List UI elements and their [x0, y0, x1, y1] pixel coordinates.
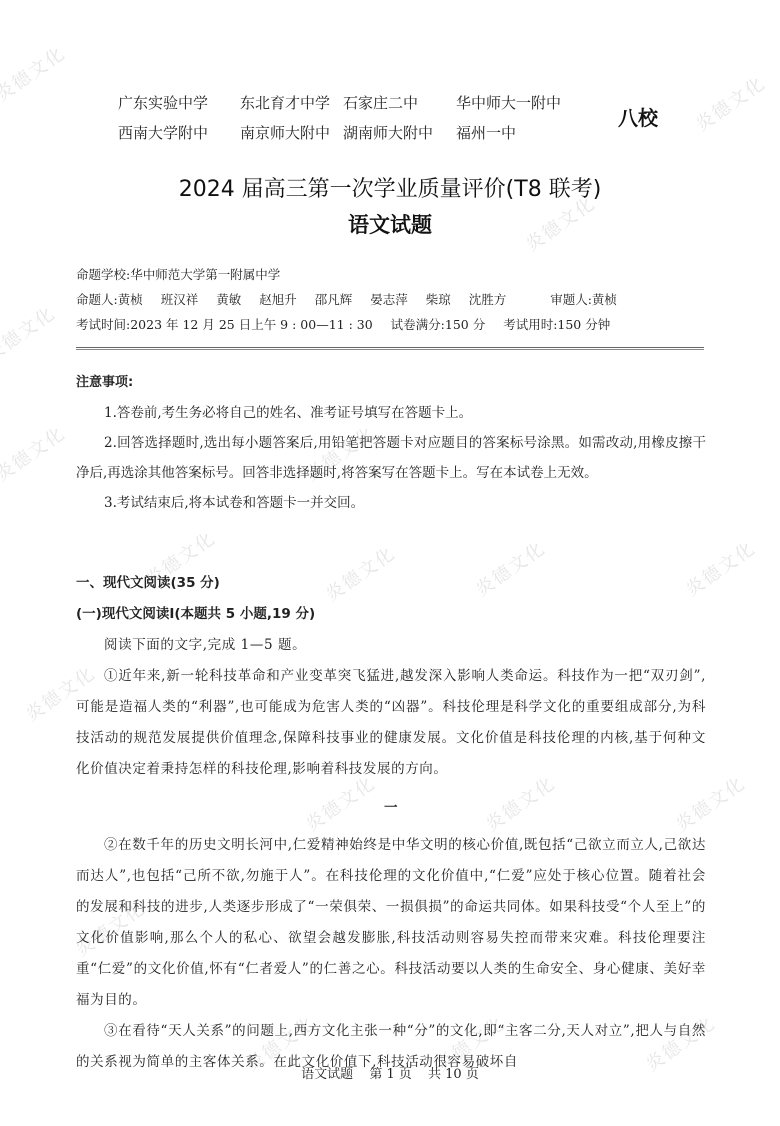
reviewer: 审题人:黄桢: [550, 292, 617, 307]
instructions-heading: 注意事项:: [76, 368, 706, 398]
school-row-2: 西南大学附中 南京师大附中 湖南师大附中 福州一中: [118, 118, 561, 148]
footer-total: 共 10 页: [428, 1067, 479, 1082]
author-name: 黄桢: [118, 292, 143, 307]
footer-subject: 语文试题: [301, 1067, 353, 1082]
author-name: 黄敏: [216, 292, 241, 307]
watermark: 炎德文化: [690, 69, 770, 136]
school-name: 东北育才中学: [240, 88, 343, 118]
school-list: 广东实验中学 东北育才中学 石家庄二中 华中师大一附中 西南大学附中 南京师大附…: [118, 88, 561, 148]
school-name: 华中师大一附中: [456, 88, 561, 118]
subsection-heading: (一)现代文阅读Ⅰ(本题共 5 小题,19 分): [76, 599, 706, 630]
school-name: 南京师大附中: [240, 118, 343, 148]
school-name: 福州一中: [456, 118, 516, 148]
footer-page: 第 1 页: [369, 1067, 412, 1082]
authors-label: 命题人:黄桢: [76, 292, 157, 307]
passage-paragraph-1: ①近年来,新一轮科技革命和产业变革突飞猛进,越发深入影响人类命运。科技作为一把“…: [76, 661, 706, 785]
exam-title: 2024 届高三第一次学业质量评价(T8 联考): [0, 172, 780, 203]
author-name: 邵凡辉: [315, 292, 353, 307]
school-name: 湖南师大附中: [343, 118, 456, 148]
page-footer: 语文试题 第 1 页 共 10 页: [0, 1063, 780, 1082]
instruction-item: 3.考试结束后,将本试卷和答题卡一并交回。: [76, 488, 706, 518]
reading-section: 一、现代文阅读(35 分) (一)现代文阅读Ⅰ(本题共 5 小题,19 分) 阅…: [76, 568, 706, 1078]
part-marker: 一: [76, 793, 706, 824]
passage-paragraph-2: ②在数千年的历史文明长河中,仁爱精神始终是中华文明的核心价值,既包括“己欲立而立…: [76, 830, 706, 1016]
author-name: 班汉祥: [161, 292, 199, 307]
group-label: 八校: [618, 102, 658, 131]
school-name: 石家庄二中: [343, 88, 456, 118]
exam-time-row: 考试时间:2023 年 12 月 25 日上午 9 : 00—11 : 30 试…: [76, 312, 716, 337]
school-name: 广东实验中学: [118, 88, 240, 118]
school-row-1: 广东实验中学 东北育才中学 石家庄二中 华中师大一附中: [118, 88, 561, 118]
setter-school: 命题学校:华中师范大学第一附属中学: [76, 262, 716, 287]
instruction-item: 1.答卷前,考生务必将自己的姓名、准考证号填写在答题卡上。: [76, 398, 706, 428]
author-name: 赵旭升: [259, 292, 297, 307]
watermark: 炎德文化: [0, 39, 70, 106]
exam-subtitle: 语文试题: [0, 209, 780, 239]
school-name: 西南大学附中: [118, 118, 240, 148]
instruction-item: 2.回答选择题时,选出每小题答案后,用铅笔把答题卡对应题目的答案标号涂黑。如需改…: [76, 428, 706, 488]
full-score: 试卷满分:150 分: [391, 317, 486, 332]
author-name: 柴琼: [426, 292, 451, 307]
exam-time: 考试时间:2023 年 12 月 25 日上午 9 : 00—11 : 30: [76, 317, 373, 332]
reading-instruction: 阅读下面的文字,完成 1—5 题。: [76, 630, 706, 661]
exam-duration: 考试用时:150 分钟: [503, 317, 610, 332]
authors-label-text: 命题人:: [76, 292, 118, 307]
section-heading: 一、现代文阅读(35 分): [76, 568, 706, 599]
instructions: 注意事项: 1.答卷前,考生务必将自己的姓名、准考证号填写在答题卡上。 2.回答…: [76, 368, 706, 518]
setters-row: 命题人:黄桢 班汉祥 黄敏 赵旭升 邵凡辉 晏志萍 柴琼 沈胜方 审题人:黄桢: [76, 287, 716, 312]
exam-meta: 命题学校:华中师范大学第一附属中学 命题人:黄桢 班汉祥 黄敏 赵旭升 邵凡辉 …: [76, 262, 716, 337]
author-name: 晏志萍: [370, 292, 408, 307]
watermark: 炎德文化: [0, 299, 60, 366]
header-divider: [76, 347, 704, 350]
author-name: 沈胜方: [469, 292, 507, 307]
watermark: 炎德文化: [0, 419, 70, 486]
